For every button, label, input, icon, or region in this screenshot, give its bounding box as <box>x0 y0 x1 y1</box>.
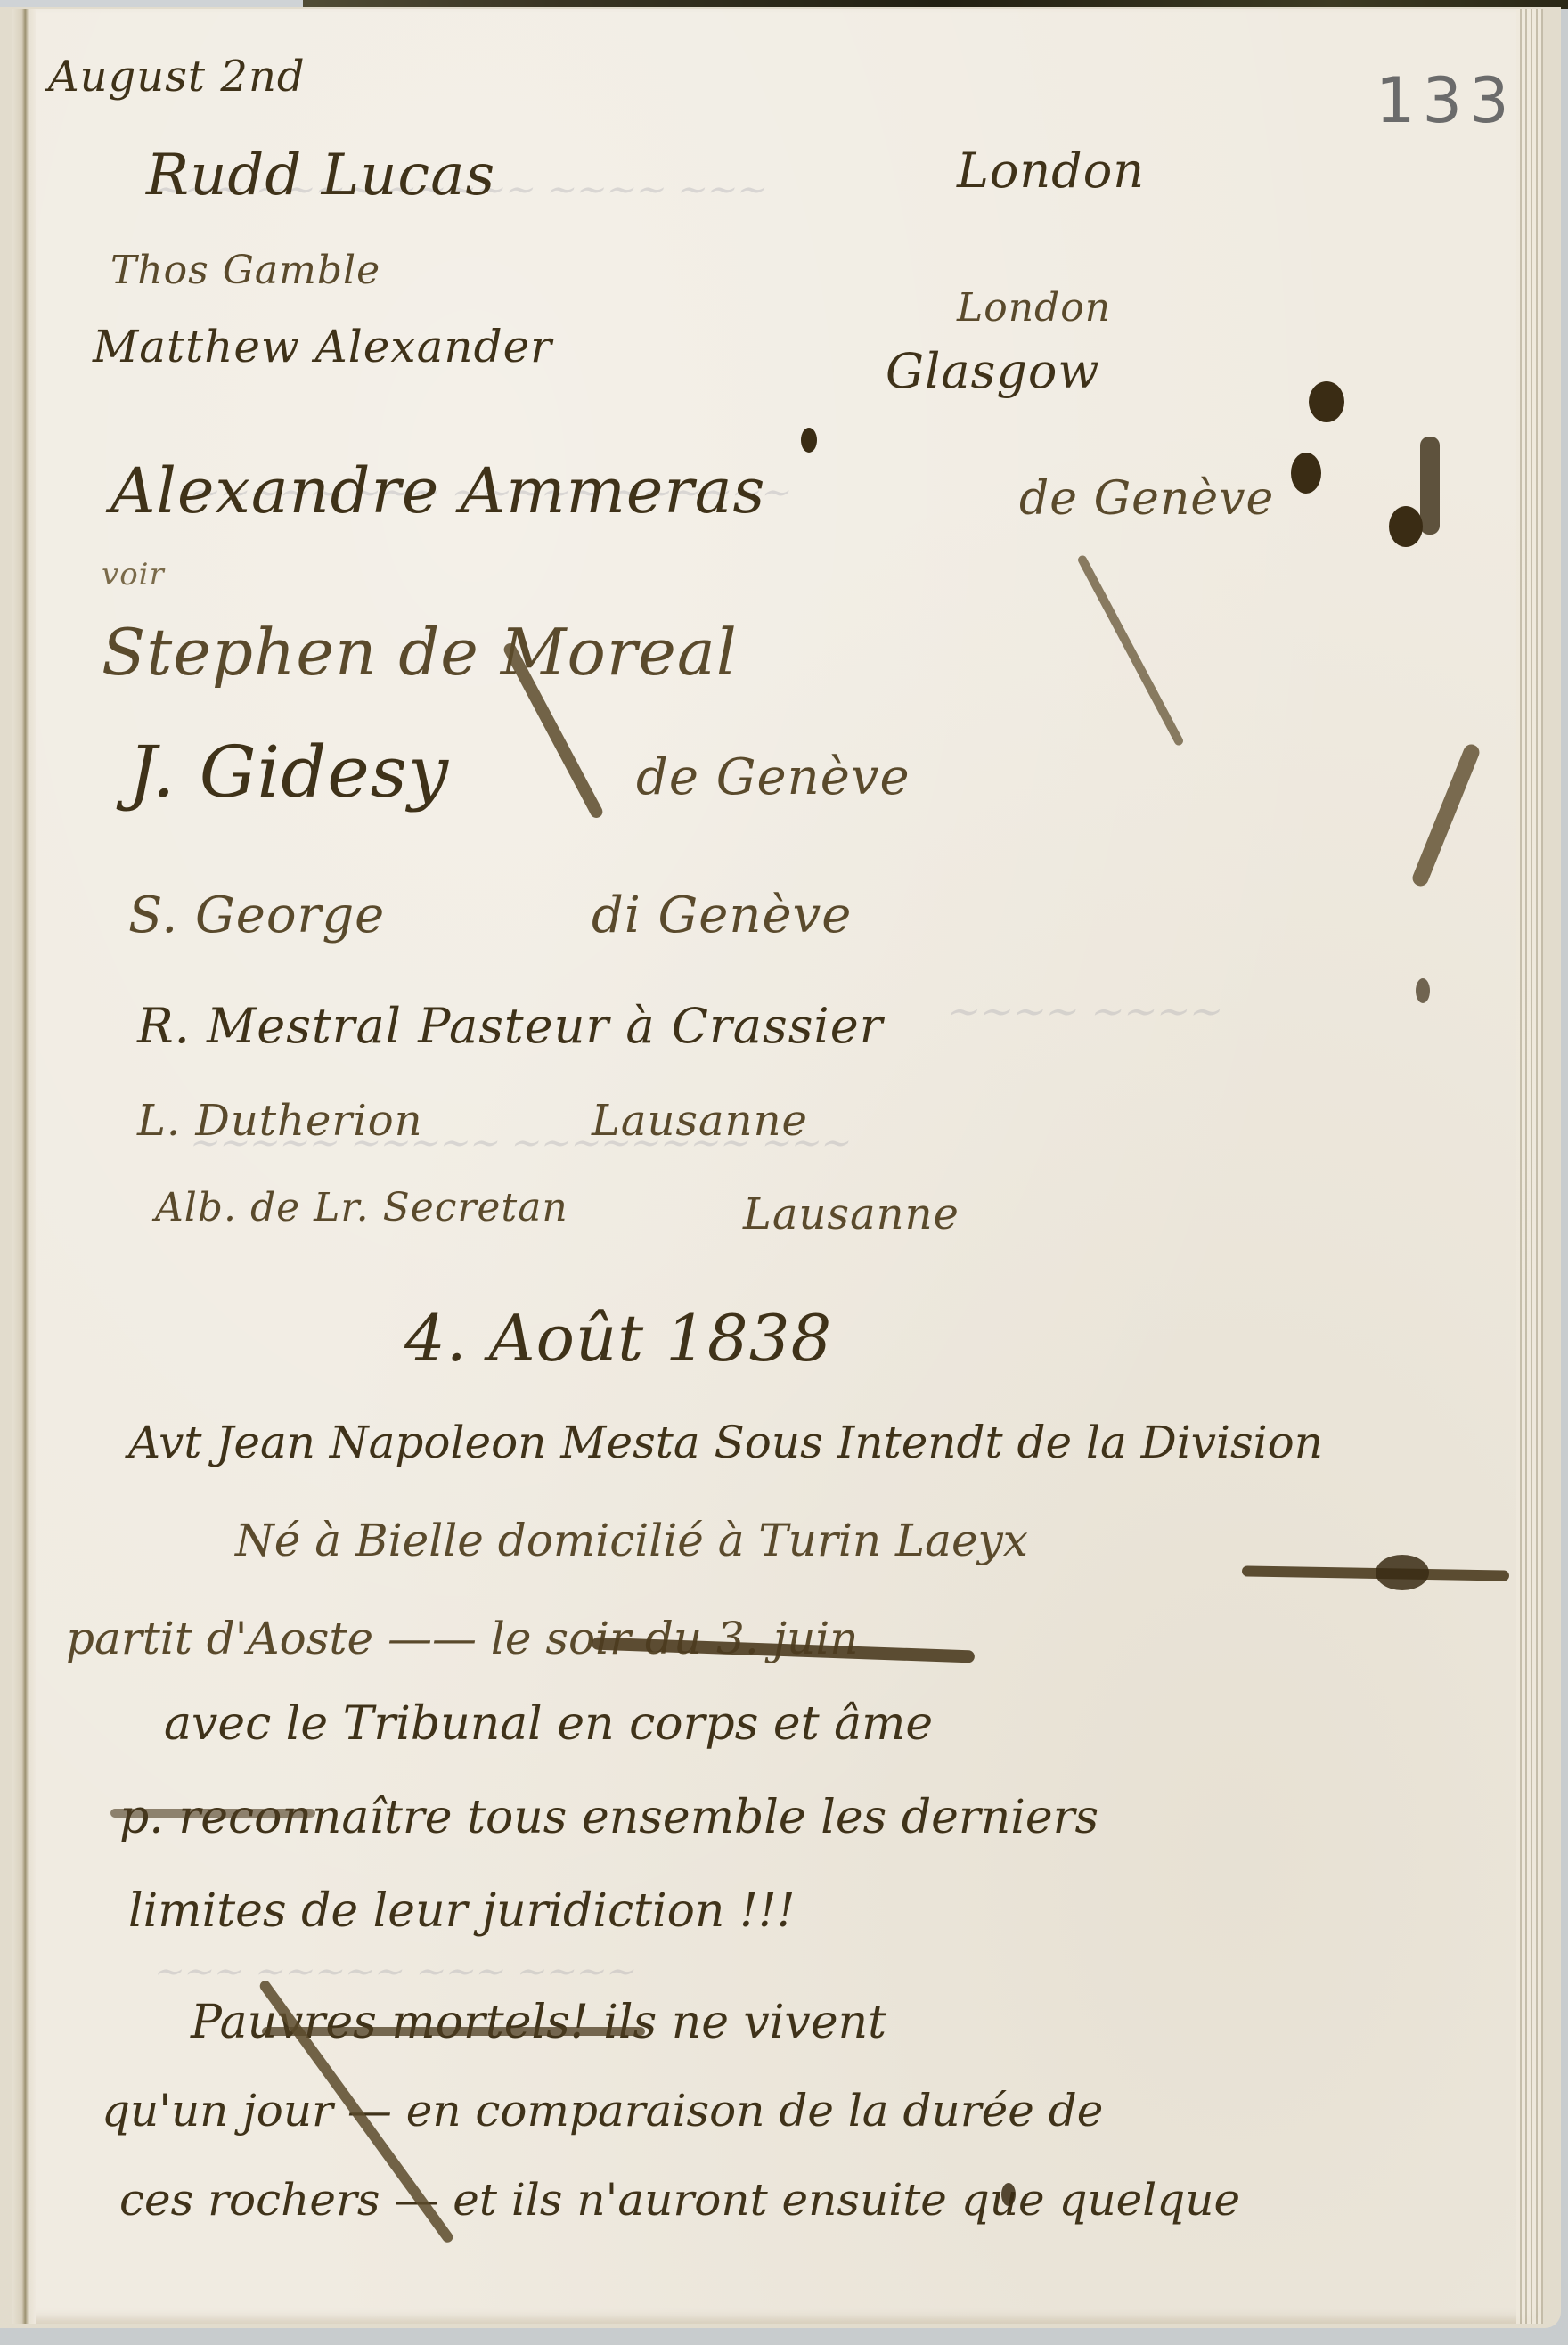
signature-place: de Genève <box>636 748 911 806</box>
date-header: August 2nd <box>48 52 306 102</box>
signature-place: London <box>957 143 1145 199</box>
passage-line: qu'un jour — en comparaison de la durée … <box>102 2085 1103 2137</box>
signature-name: Thos Gamble <box>110 248 380 293</box>
signature-place: Lausanne <box>743 1189 960 1239</box>
ink-blot <box>1420 437 1440 535</box>
signature-place: London <box>957 285 1111 331</box>
signature-name: Alexandre Ammeras <box>110 454 765 527</box>
strikethrough-mark <box>110 1809 315 1818</box>
ink-blot <box>1291 453 1321 494</box>
bleed-through-text: ~~~ ~~~~~ ~~~ ~~~~ <box>149 1951 644 1992</box>
signature-name: Rudd Lucas <box>146 143 495 208</box>
strikethrough-mark <box>1242 1565 1509 1581</box>
passage-line: Né à Bielle domicilié à Turin Laeyx <box>235 1515 1028 1566</box>
ink-blot <box>1416 978 1430 1003</box>
strikethrough-mark <box>262 2027 645 2036</box>
ink-blot <box>1309 381 1344 422</box>
pen-flourish <box>1076 554 1185 748</box>
signature-name: J. Gidesy <box>128 731 449 813</box>
ink-blot <box>801 428 817 453</box>
signature-place: di Genève <box>592 887 852 944</box>
passage-line: ces rochers — et ils n'auront ensuite qu… <box>119 2174 1240 2226</box>
signature-place: Glasgow <box>886 343 1100 399</box>
signature-name: S. George <box>128 887 385 944</box>
page-number: 133 <box>1376 64 1516 137</box>
passage-date: 4. Août 1838 <box>404 1301 832 1376</box>
passage-line: avec le Tribunal en corps et âme <box>164 1697 933 1751</box>
passage-line: partit d'Aoste —— le soir du 3. juin <box>66 1613 859 1664</box>
signature-name: Stephen de Moreal <box>102 615 738 690</box>
passage-line: limites de leur juridiction !!! <box>128 1884 796 1938</box>
signature-prefix: voir <box>102 557 165 592</box>
passage-line: Pauvres mortels! ils ne vivent <box>191 1996 886 2049</box>
signature-name: L. Dutherion <box>137 1096 423 1146</box>
manuscript-page: ~~~ ~~~~ ~~~~~ ~~~~ ~~~ ~~~~~ ~~~ ~~~~~ … <box>12 9 1543 2324</box>
passage-line: p. reconnaître tous ensemble les dernier… <box>119 1791 1098 1844</box>
signature-name: Matthew Alexander <box>93 321 552 372</box>
ink-blot <box>1389 506 1423 547</box>
page-fore-edge <box>1516 9 1543 2324</box>
signature-name: R. Mestral Pasteur à Crassier <box>137 998 883 1054</box>
scanned-manuscript: ~~~ ~~~~ ~~~~~ ~~~~ ~~~ ~~~~~ ~~~ ~~~~~ … <box>0 0 1568 2345</box>
passage-line: Avt Jean Napoleon Mesta Sous Intendt de … <box>128 1417 1323 1468</box>
pen-flourish <box>1410 742 1482 888</box>
signature-place: de Genève <box>1019 472 1274 526</box>
bleed-through-text: ~~~~ ~~~~ <box>941 989 1231 1034</box>
signature-place: Lausanne <box>592 1096 808 1146</box>
signature-name: Alb. de Lr. Secretan <box>155 1185 568 1230</box>
binding-gutter <box>12 9 36 2324</box>
